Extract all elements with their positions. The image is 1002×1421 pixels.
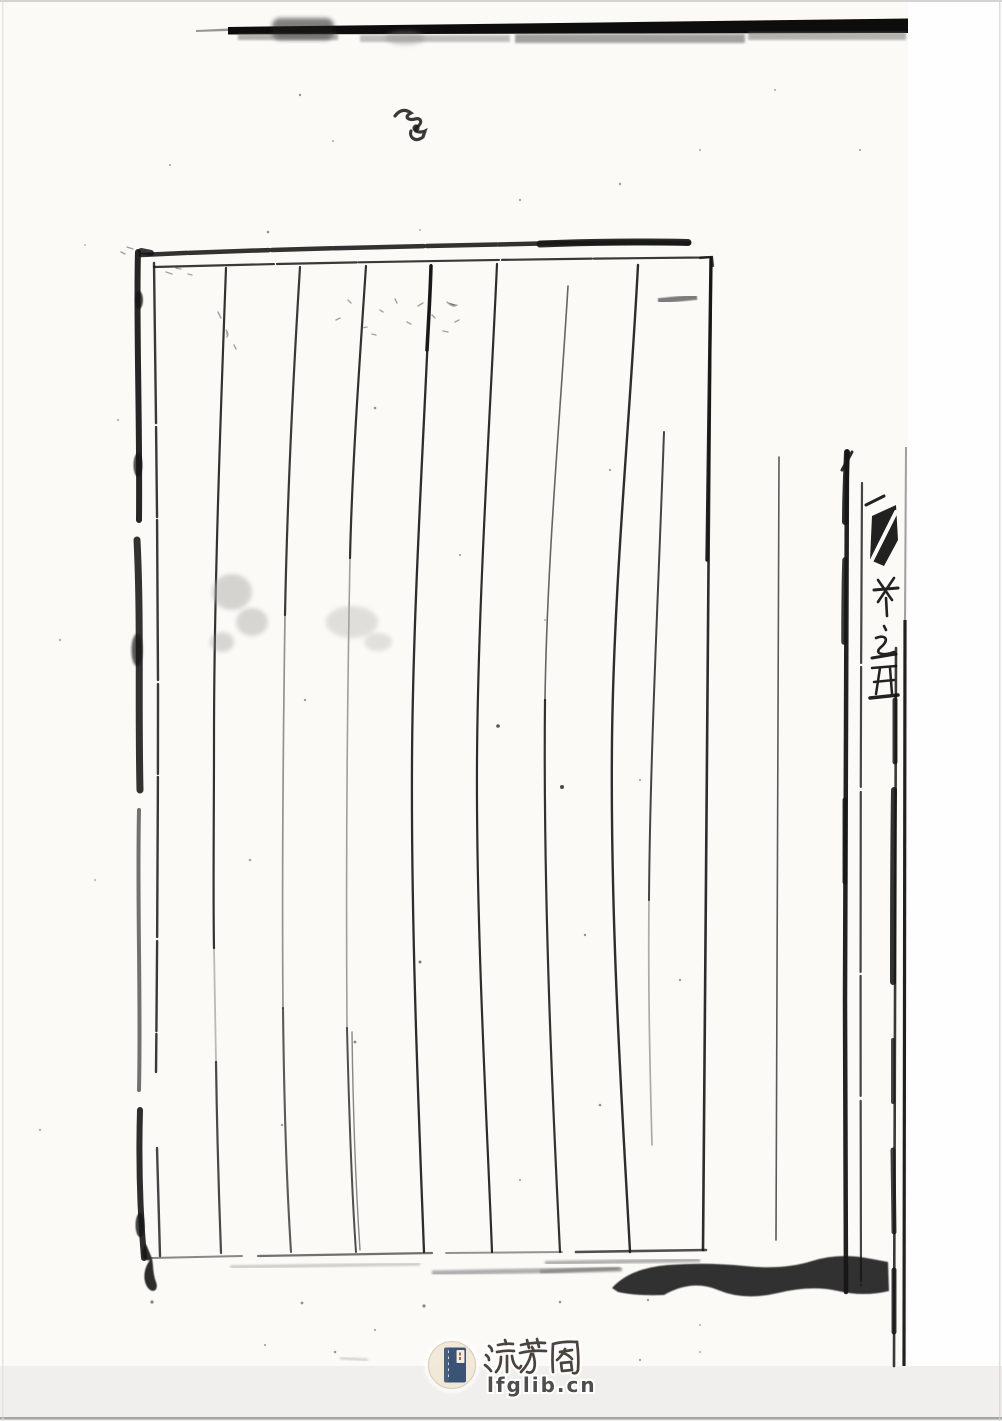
stitched-book-icon — [444, 1348, 466, 1383]
right-margin — [908, 0, 1002, 1421]
watermark-title — [485, 1339, 578, 1373]
scanned-page: lfglib.cn — [0, 0, 1002, 1421]
watermark-domain: lfglib.cn — [487, 1373, 597, 1397]
page-fold-edge — [904, 447, 906, 1366]
paper — [0, 0, 1002, 1421]
scan-artwork: lfglib.cn — [0, 0, 1002, 1421]
scan-frame-left — [2, 0, 4, 1421]
scan-frame-bottom — [0, 1417, 1002, 1420]
scan-frame-top — [0, 0, 1002, 2]
scan-frame-right — [999, 0, 1001, 1421]
